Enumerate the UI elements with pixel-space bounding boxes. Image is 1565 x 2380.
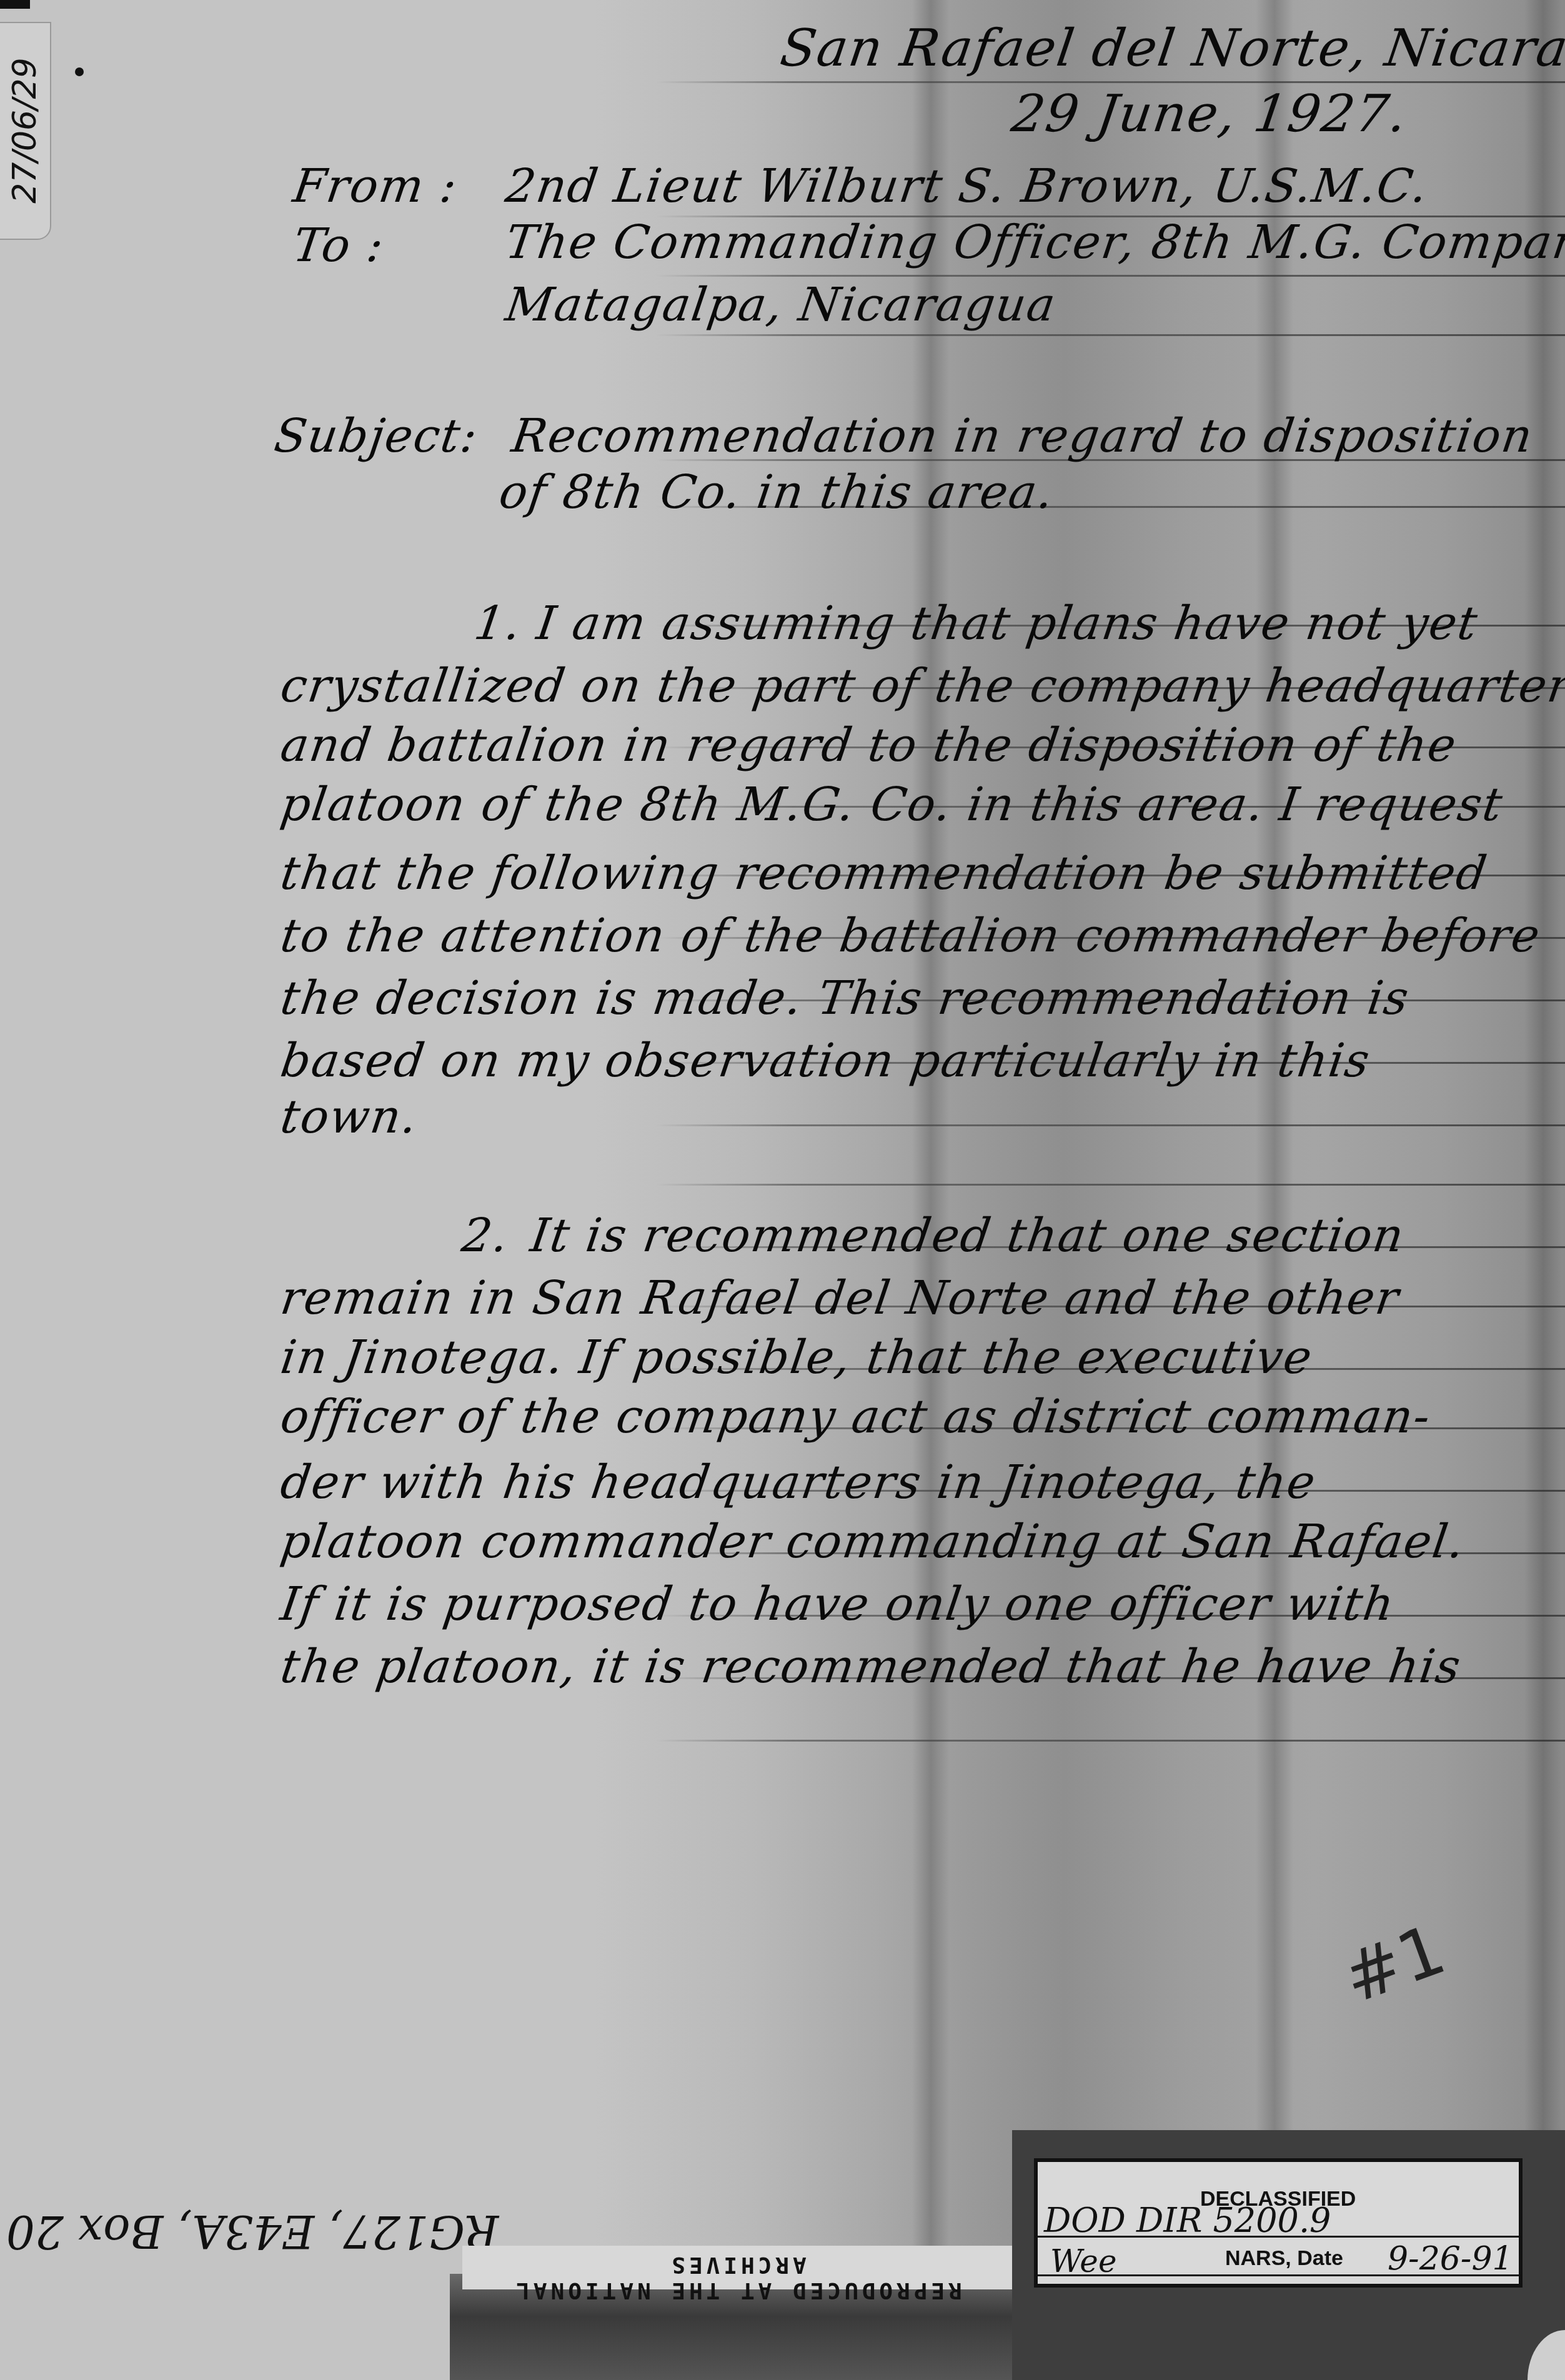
scan-shadow [912, 0, 950, 2380]
stamp-underline [1038, 2236, 1519, 2238]
paragraph-line: that the following recommendation be sub… [277, 846, 1491, 900]
paragraph-line: It is recommended that one section [527, 1209, 1408, 1262]
file-tab: 27/06/29 [0, 22, 51, 240]
stamp-nars-label: NARS, Date [1225, 2246, 1343, 2271]
subject-line1: Recommendation in regard to disposition [509, 409, 1537, 463]
paragraph-line: der with his headquarters in Jinotega, t… [277, 1455, 1319, 1509]
letter-date: 29 June, 1927. [1008, 84, 1411, 144]
ink-spot [75, 67, 84, 76]
paragraph-line: in Jinotega. If possible, that the execu… [277, 1331, 1316, 1384]
paragraph-line: the decision is made. This recommendatio… [277, 971, 1413, 1025]
record-group-note: RG127, E43A, Box 20 [6, 2205, 499, 2258]
paragraph-line: and battalion in regard to the dispositi… [277, 718, 1461, 772]
to-label: To : [290, 219, 388, 272]
to-value-line1: The Commanding Officer, 8th M.G. Company [502, 216, 1565, 269]
paragraph-line: remain in San Rafael del Norte and the o… [277, 1271, 1403, 1325]
declassified-stamp: DECLASSIFIED DOD DIR 5200.9 Wee NARS, Da… [1034, 2158, 1523, 2288]
paragraph-line: town. [277, 1090, 422, 1144]
subject-label: Subject: [271, 409, 482, 463]
paragraph-line: If it is purposed to have only one offic… [277, 1577, 1398, 1631]
scan-shadow [1256, 0, 1293, 2380]
paragraph-line: crystallized on the part of the company … [277, 659, 1565, 713]
stamp-authority: DOD DIR 5200.9 [1044, 2201, 1331, 2240]
ruled-line [656, 1740, 1565, 1742]
paragraph-line: platoon of the 8th M.G. Co. in this area… [277, 778, 1506, 831]
file-tab-label: 27/06/29 [6, 57, 44, 204]
subject-line2: of 8th Co. in this area. [496, 465, 1058, 519]
ruled-line [656, 1184, 1565, 1186]
paragraph-line: I am assuming that plans have not yet [534, 597, 1482, 650]
from-label: From : [290, 159, 461, 213]
stamp-date: 9-26-91 [1388, 2240, 1513, 2278]
paragraph-number: 1. [471, 597, 525, 650]
paragraph-line: to the attention of the battalion comman… [277, 909, 1544, 963]
archives-reproduction-label: REPRODUCED AT THE NATIONAL ARCHIVES [462, 2246, 1012, 2289]
stamp-underline [1038, 2274, 1519, 2276]
archives-reproduction-text: REPRODUCED AT THE NATIONAL ARCHIVES [462, 2252, 1012, 2303]
to-value-line2: Matagalpa, Nicaragua [502, 278, 1060, 332]
corner-mark [0, 0, 30, 9]
ruled-line [656, 81, 1565, 83]
paragraph-line: platoon commander commanding at San Rafa… [277, 1515, 1469, 1569]
scanned-page [0, 0, 1565, 2380]
paragraph-line: the platoon, it is recommended that he h… [277, 1640, 1465, 1693]
ruled-line [656, 1124, 1565, 1126]
letter-place: San Rafael del Norte, Nicaragua [777, 19, 1565, 78]
paragraph-line: officer of the company act as district c… [277, 1390, 1434, 1444]
from-value: 2nd Lieut Wilburt S. Brown, U.S.M.C. [502, 159, 1432, 213]
scan-shadow [1524, 0, 1562, 2380]
paragraph-number: 2. [459, 1209, 513, 1262]
ruled-line [656, 275, 1565, 277]
ruled-line [656, 334, 1565, 336]
paragraph-line: based on my observation particularly in … [277, 1034, 1374, 1088]
